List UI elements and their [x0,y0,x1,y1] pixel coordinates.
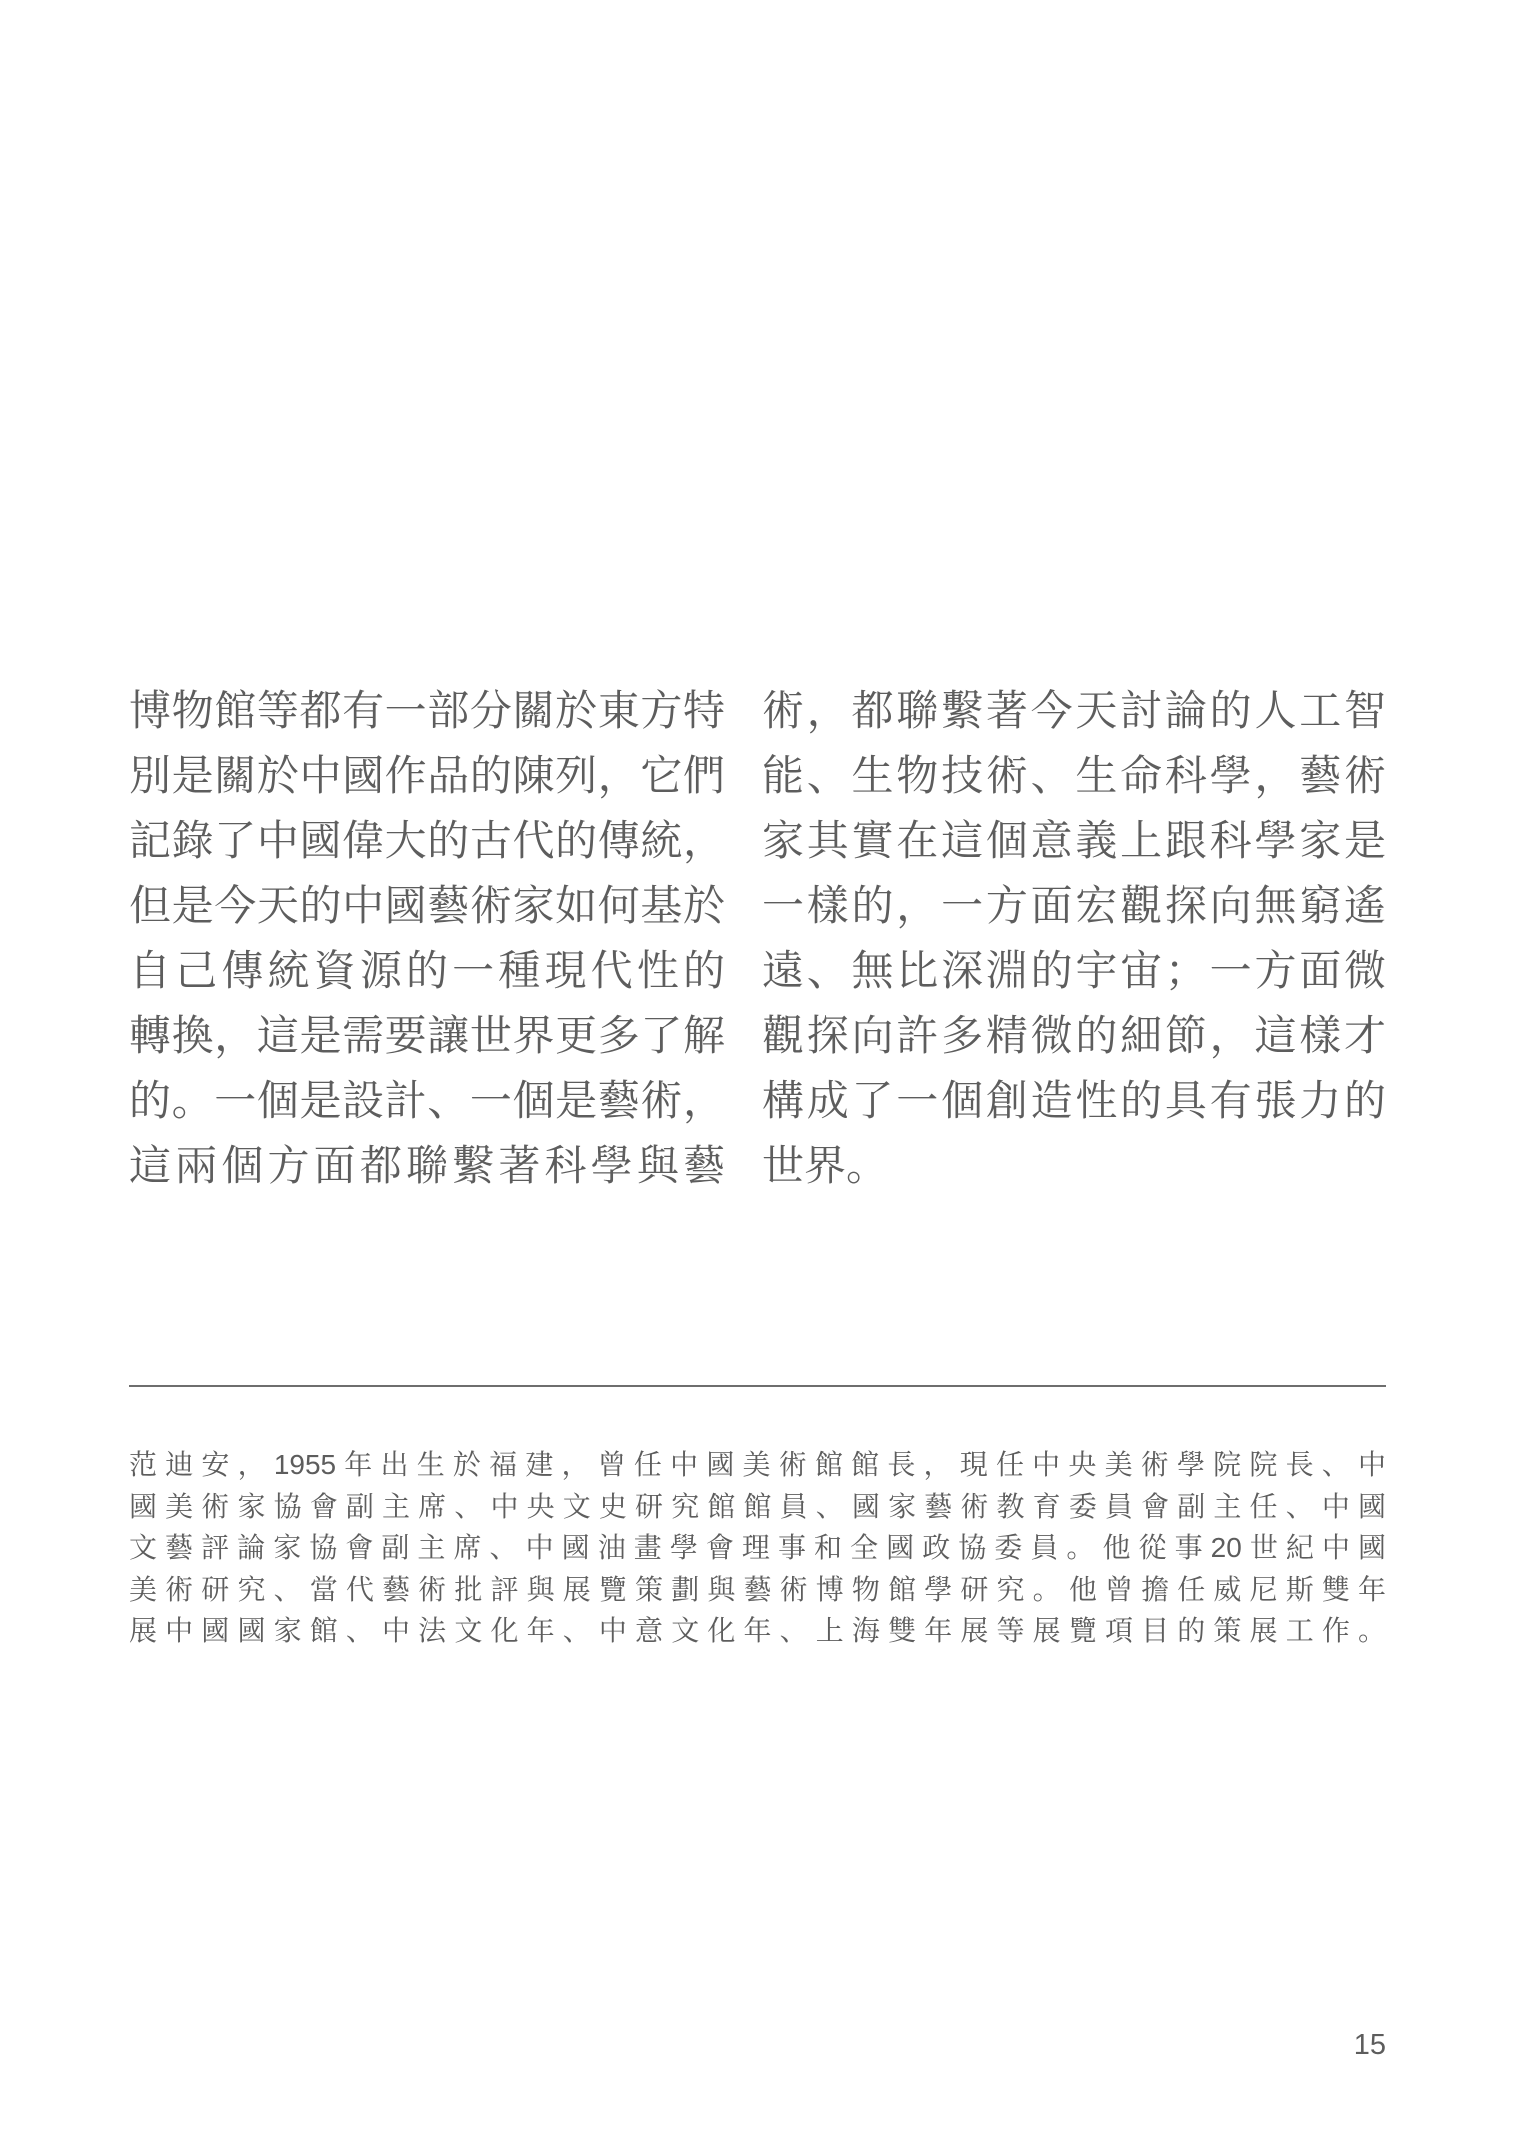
text-line: 記錄了中國偉大的古代的傳統， [129,808,725,873]
text-line: 遠、無比深淵的宇宙；一方面微 [762,938,1386,1003]
text-line: 轉換，這是需要讓世界更多了解 [129,1003,725,1068]
text-line: 別是關於中國作品的陳列，它們 [129,743,725,808]
text-line: 但是今天的中國藝術家如何基於 [129,873,725,938]
article-column-left: 博物館等都有一部分關於東方特 別是關於中國作品的陳列，它們 記錄了中國偉大的古代… [129,678,725,1198]
text-line: 家其實在這個意義上跟科學家是 [762,808,1386,873]
text-line: 的。一個是設計、一個是藝術， [129,1068,725,1133]
bio-line: 文藝評論家協會副主席、中國油畫學會理事和全國政協委員。他從事20世紀中國 [129,1527,1386,1569]
bio-line: 范迪安，1955年出生於福建，曾任中國美術館館長，現任中央美術學院院長、中 [129,1444,1386,1486]
text-line: 自己傳統資源的一種現代性的 [129,938,725,1003]
bio-line: 美術研究、當代藝術批評與展覽策劃與藝術博物館學研究。他曾擔任威尼斯雙年 [129,1569,1386,1611]
text-line: 能、生物技術、生命科學，藝術 [762,743,1386,808]
page-number: 15 [1321,2030,1386,2060]
divider-rule [129,1385,1386,1387]
bio-line: 國美術家協會副主席、中央文史研究館館員、國家藝術教育委員會副主任、中國 [129,1486,1386,1528]
text-line: 觀探向許多精微的細節，這樣才 [762,1003,1386,1068]
text-line: 這兩個方面都聯繫著科學與藝 [129,1133,725,1198]
bio-line: 展中國國家館、中法文化年、中意文化年、上海雙年展等展覽項目的策展工作。 [129,1610,1386,1652]
page: 博物館等都有一部分關於東方特 別是關於中國作品的陳列，它們 記錄了中國偉大的古代… [0,0,1515,2150]
text-line: 構成了一個創造性的具有張力的 [762,1068,1386,1133]
article-column-right: 術，都聯繫著今天討論的人工智 能、生物技術、生命科學，藝術 家其實在這個意義上跟… [762,678,1386,1198]
bio-paragraph: 范迪安，1955年出生於福建，曾任中國美術館館長，現任中央美術學院院長、中 國美… [129,1444,1386,1652]
text-line: 一樣的，一方面宏觀探向無窮遙 [762,873,1386,938]
text-line: 博物館等都有一部分關於東方特 [129,678,725,743]
text-line: 術，都聯繫著今天討論的人工智 [762,678,1386,743]
text-line: 世界。 [762,1133,1386,1198]
